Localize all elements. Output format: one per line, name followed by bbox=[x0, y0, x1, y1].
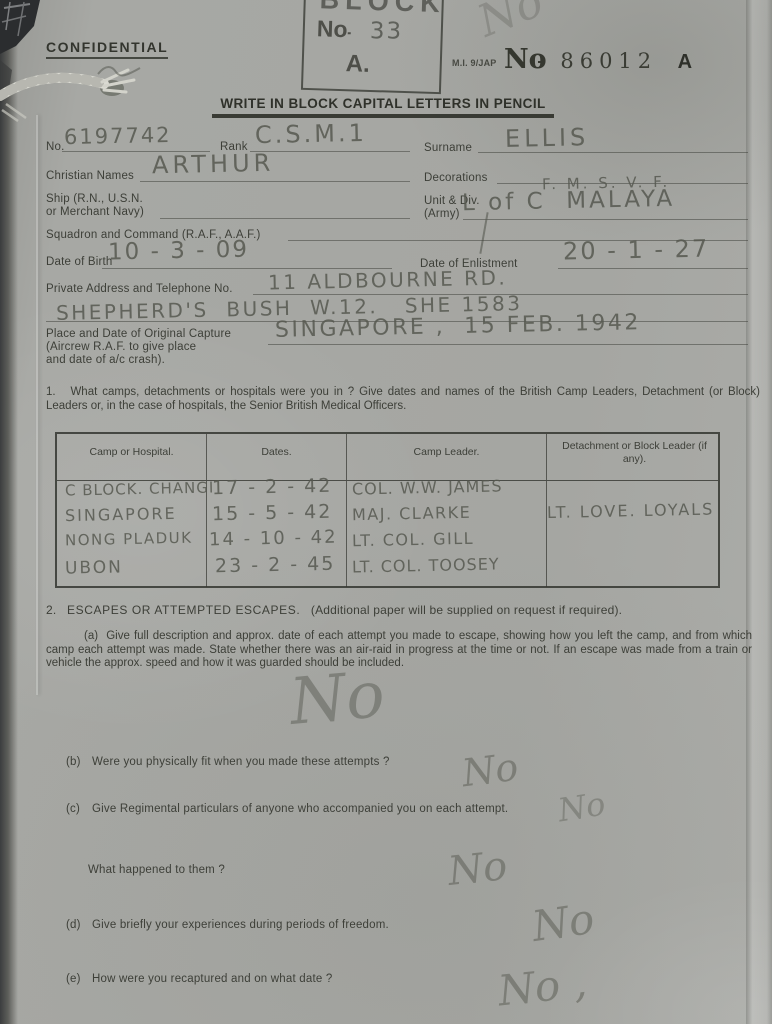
question-2b-text: Were you physically fit when you made th… bbox=[92, 756, 390, 769]
question-2a-text: Give full description and approx. date o… bbox=[46, 630, 752, 669]
form-line bbox=[558, 268, 748, 269]
form-line bbox=[268, 344, 748, 345]
question-2c-text: Give Regimental particulars of anyone wh… bbox=[92, 803, 508, 816]
camp-name: SINGAPORE bbox=[65, 504, 177, 525]
capture-label-line1: Place and Date of Original Capture bbox=[46, 328, 231, 341]
answer-2c: No bbox=[555, 785, 608, 830]
question-2c2-text: What happened to them ? bbox=[88, 864, 225, 877]
serial-number: 86012 bbox=[560, 49, 657, 73]
question-2a: (a) Give full description and approx. da… bbox=[46, 630, 752, 671]
no-value: 6197742 bbox=[64, 123, 172, 149]
faint-pencil-scribble: No bbox=[471, 0, 550, 47]
table-header-dates: Dates. bbox=[207, 434, 347, 480]
surname-value: ELLIS bbox=[505, 123, 590, 153]
table-header-detachment: Detachment or Block Leader (if any). bbox=[547, 434, 722, 480]
camp-dates: 17 - 2 - 42 bbox=[212, 475, 333, 500]
ship-label-line2: or Merchant Navy) bbox=[46, 206, 144, 219]
camp-dates: 14 - 10 - 42 bbox=[209, 527, 338, 551]
camp-name: C BLOCK. CHANGI bbox=[65, 478, 215, 499]
question-2-heading: 2. ESCAPES OR ATTEMPTED ESCAPES. (Additi… bbox=[46, 604, 622, 617]
surname-label: Surname bbox=[424, 142, 472, 155]
unit-div-value: L of C MALAYA bbox=[462, 186, 676, 216]
answer-2a: No bbox=[287, 658, 388, 740]
camp-leader: COL. W.W. JAMES bbox=[352, 476, 503, 498]
question-1-number: 1. bbox=[46, 386, 56, 398]
question-2b-label: (b) bbox=[66, 756, 81, 769]
christian-names-value: ARTHUR bbox=[152, 149, 275, 180]
enlistment-value: 20 - 1 - 27 bbox=[563, 234, 710, 265]
question-2e-label: (e) bbox=[66, 973, 81, 986]
table-header-camp: Camp or Hospital. bbox=[57, 434, 207, 480]
confidential-marking: CONFIDENTIAL bbox=[46, 41, 168, 59]
answer-2b: No bbox=[460, 745, 521, 796]
title-underline bbox=[212, 114, 554, 118]
form-line bbox=[478, 152, 748, 153]
question-2-note: (Additional paper will be supplied on re… bbox=[311, 603, 622, 617]
dob-value: 10 - 3 - 09 bbox=[108, 237, 250, 266]
block-stamp-no-label: No bbox=[316, 15, 347, 42]
pencil-squiggle bbox=[96, 60, 142, 82]
camp-dates: 23 - 2 - 45 bbox=[215, 553, 336, 578]
capture-label-line2: (Aircrew R.A.F. to give place bbox=[46, 341, 196, 354]
question-2d-label: (d) bbox=[66, 919, 81, 932]
answer-2c2: No bbox=[446, 843, 510, 895]
question-2-number: 2. bbox=[46, 603, 56, 617]
table-header-leader: Camp Leader. bbox=[347, 434, 547, 480]
address-value-line1: 11 ALDBOURNE RD. bbox=[268, 265, 508, 294]
question-2d-text: Give briefly your experiences during per… bbox=[92, 919, 389, 932]
question-2a-label: (a) bbox=[84, 630, 98, 642]
question-2-title: ESCAPES OR ATTEMPTED ESCAPES. bbox=[67, 603, 300, 617]
no-label: No. bbox=[46, 141, 65, 154]
christian-names-label: Christian Names bbox=[46, 170, 134, 183]
unit-div-label-line2: (Army) bbox=[424, 208, 460, 221]
block-stamp-no-value: 33 bbox=[369, 18, 403, 44]
camp-name: UBON bbox=[65, 557, 123, 578]
mi9-reference: M.I. 9/JAP bbox=[452, 57, 497, 70]
ship-label-line1: Ship (R.N., U.S.N. bbox=[46, 193, 143, 206]
question-1: 1. What camps, detachments or hospitals … bbox=[46, 386, 760, 413]
block-stamp-letter: A. bbox=[345, 50, 440, 81]
scan-left-edge bbox=[0, 0, 18, 1024]
form-line bbox=[140, 181, 410, 182]
camp-leader: LT. COL. TOOSEY bbox=[352, 554, 500, 576]
camp-dates: 15 - 5 - 42 bbox=[212, 501, 333, 526]
question-2c-label: (c) bbox=[66, 803, 80, 816]
question-2e-text: How were you recaptured and on what date… bbox=[92, 973, 332, 986]
serial-number-group: No 86012 A bbox=[504, 44, 692, 75]
address-label: Private Address and Telephone No. bbox=[46, 283, 233, 296]
block-stamp: BLOCK No 33 A. bbox=[301, 0, 445, 94]
form-line bbox=[160, 218, 410, 219]
rank-value: C.S.M.1 bbox=[255, 119, 367, 149]
camp-leader: MAJ. CLARKE bbox=[352, 503, 472, 524]
decorations-label: Decorations bbox=[424, 172, 488, 185]
pow-questionnaire-document: CONFIDENTIAL BLOCK No 33 A. M.I. 9/JAP N… bbox=[0, 0, 772, 1024]
capture-label-line3: and date of a/c crash). bbox=[46, 354, 165, 367]
form-line bbox=[463, 219, 748, 220]
camp-name: NONG PLADUK bbox=[65, 529, 193, 550]
answer-2d: No bbox=[529, 894, 597, 951]
paper-crease bbox=[36, 115, 38, 695]
camps-table: Camp or Hospital. Dates. Camp Leader. De… bbox=[55, 432, 720, 588]
camp-leader: LT. COL. GILL bbox=[352, 529, 474, 551]
form-title: WRITE IN BLOCK CAPITAL LETTERS IN PENCIL bbox=[214, 96, 552, 111]
question-1-text: What camps, detachments or hospitals wer… bbox=[46, 386, 760, 412]
serial-suffix: A bbox=[678, 51, 692, 73]
answer-2e: No , bbox=[496, 957, 589, 1015]
